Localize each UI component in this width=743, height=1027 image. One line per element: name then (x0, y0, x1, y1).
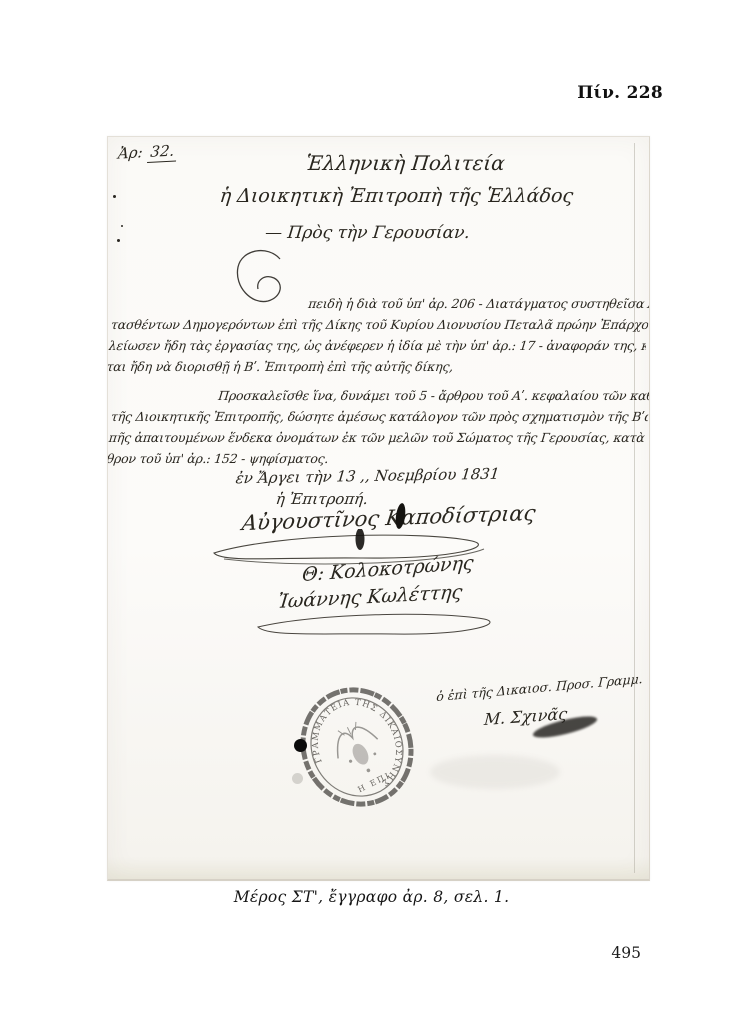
document-scan: Ἀρ: 32. Ἑλληνικὴ Πολιτεία ἡ Διοικητικὴ Ἐ… (107, 136, 650, 881)
book-page: { "page": { "plate_label": "Πίν. 228", "… (0, 0, 743, 1027)
committee-label: ἡ Ἐπιτροπή. (275, 490, 369, 508)
manuscript-line: τῆς Διοικητικῆς Ἐπιτροπῆς, δώσητε ἀμέσως… (110, 406, 649, 427)
heading-state: Ἑλληνικὴ Πολιτεία (107, 151, 650, 175)
heading-committee: ἡ Διοικητικὴ Ἐπιτροπὴ τῆς Ἑλλάδος (107, 185, 650, 207)
manuscript-line: πειδὴ ἡ διὰ τοῦ ὑπ' ἀρ. 206 - Διατάγματο… (112, 293, 650, 314)
signature-flourish (252, 609, 502, 639)
ink-blot (294, 739, 307, 752)
page-number: 495 (611, 944, 641, 962)
manuscript-line: Προσκαλεῖσθε ἵνα, δυνάμει τοῦ 5 - ἄρθρου… (112, 385, 650, 406)
ink-blot-faint (292, 773, 303, 784)
secretary-note: ὁ ἐπὶ τῆς Δικαιοσ. Προσ. Γραμμ. (436, 671, 643, 704)
manuscript-line: πῆς ἀπαιτουμένων ἕνδεκα ὀνομάτων ἐκ τῶν … (108, 427, 647, 448)
manuscript-line: λείωσεν ἤδη τὰς ἐργασίας της, ὡς ἀνέφερε… (108, 335, 647, 356)
paper-edge-line (634, 143, 635, 873)
phoenix-icon (327, 717, 389, 782)
manuscript-paragraph: πειδὴ ἡ διὰ τοῦ ὑπ' ἀρ. 206 - Διατάγματο… (107, 293, 650, 377)
figure-caption: Μέρος ΣΤ', ἔγγραφο ἀρ. 8, σελ. 1. (0, 888, 743, 906)
manuscript-line: ται ἤδη νὰ διορισθῇ ἡ Βʹ. Ἐπιτροπὴ ἐπὶ τ… (107, 356, 645, 377)
stain-smudge (430, 755, 560, 789)
manuscript-paragraph: Προσκαλεῖσθε ἵνα, δυνάμει τοῦ 5 - ἄρθρου… (107, 385, 650, 469)
manuscript-line: θρον τοῦ ὑπ' ἀρ.: 152 - ψηφίσματος. (107, 448, 645, 469)
heading-salutation: — Πρὸς τὴν Γερουσίαν. (107, 223, 650, 243)
manuscript-line: τασθέντων Δημογερόντων ἐπὶ τῆς Δίκης τοῦ… (110, 314, 649, 335)
plate-label: Πίν. 228 (577, 83, 663, 103)
dateline: ἐν Ἄργει τὴν 13 ,, Νοεμβρίου 1831 (235, 465, 501, 488)
